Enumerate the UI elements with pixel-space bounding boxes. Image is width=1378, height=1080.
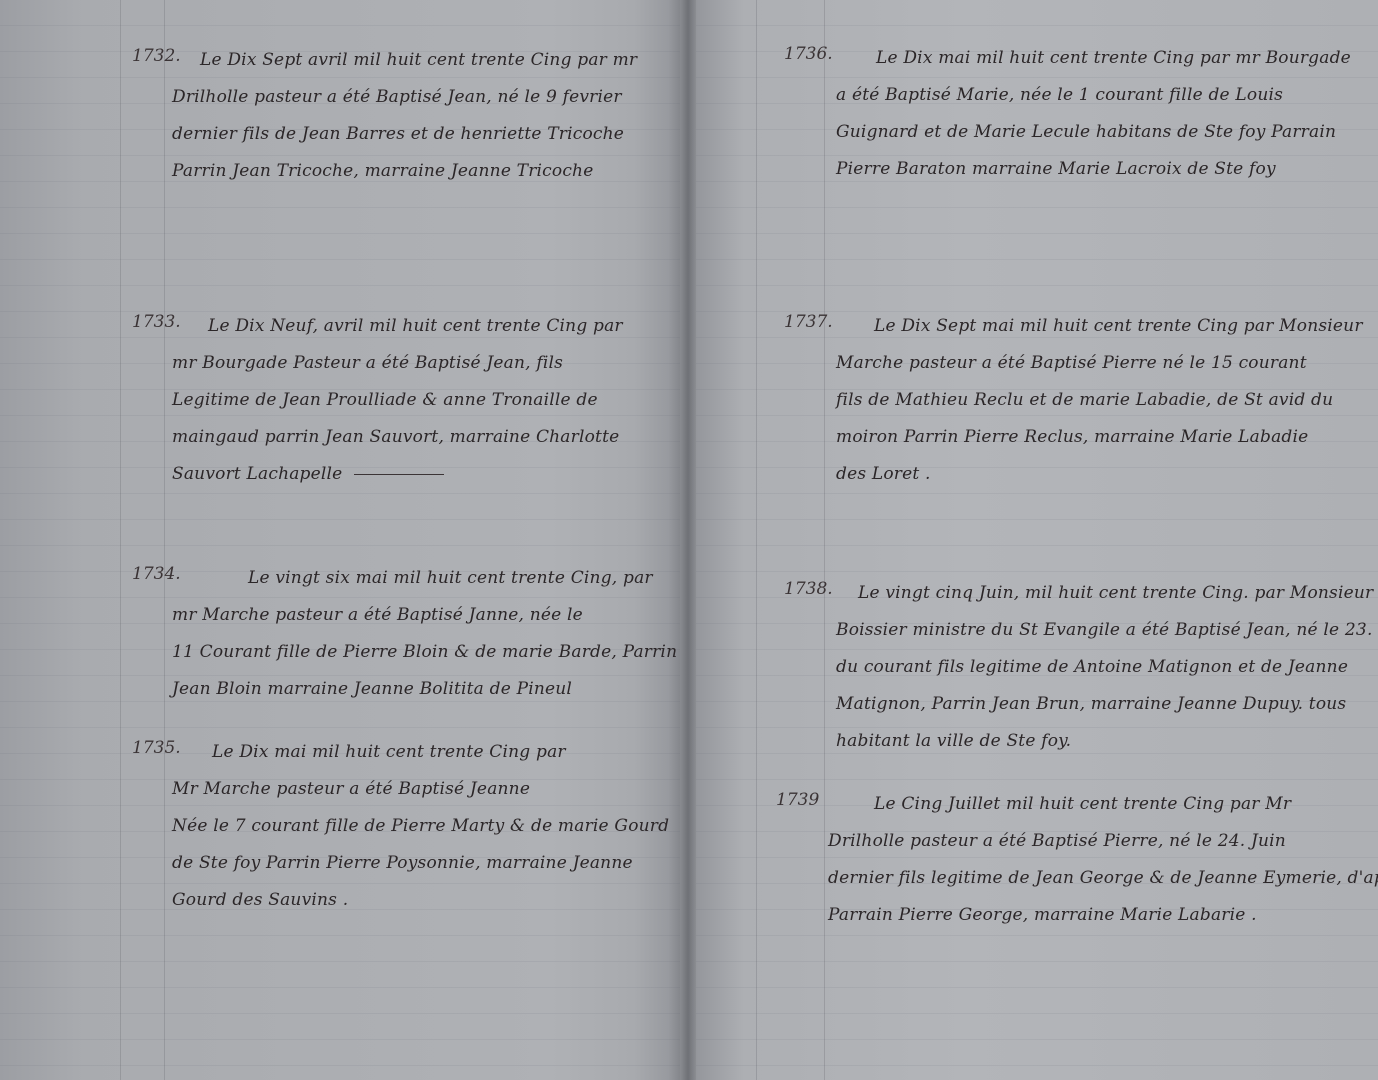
entry-line: Sauvort Lachapelle [172, 456, 623, 493]
entry-line-text: Sauvort Lachapelle [172, 464, 342, 484]
entry-line: fils de Mathieu Reclu et de marie Labadi… [836, 382, 1363, 419]
entry-line: Boissier ministre du St Evangile a été B… [836, 612, 1373, 649]
entry-line: dernier fils de Jean Barres et de henrie… [172, 116, 637, 153]
left-page: 1732. Le Dix Sept avril mil huit cent tr… [0, 0, 680, 1080]
entry-line: maingaud parrin Jean Sauvort, marraine C… [172, 419, 623, 456]
entry-line: mr Marche pasteur a été Baptisé Janne, n… [172, 597, 677, 634]
entry-line: Marche pasteur a été Baptisé Pierre né l… [836, 345, 1363, 382]
entry-text: Le Dix mai mil huit cent trente Cing par… [836, 40, 1351, 188]
book-gutter [680, 0, 696, 1080]
closing-dash [354, 474, 444, 475]
entry-text: Le Dix Sept mai mil huit cent trente Cin… [836, 308, 1363, 493]
margin-rule [120, 0, 121, 1080]
entry-line: Le Dix Sept mai mil huit cent trente Cin… [836, 308, 1363, 345]
entry-line: Le Dix Sept avril mil huit cent trente C… [172, 42, 637, 79]
entry-line: Mr Marche pasteur a été Baptisé Jeanne [172, 771, 669, 808]
margin-rule [164, 0, 165, 1080]
entry-line: de Ste foy Parrin Pierre Poysonnie, marr… [172, 845, 669, 882]
entry-line: moiron Parrin Pierre Reclus, marraine Ma… [836, 419, 1363, 456]
entry-line: mr Bourgade Pasteur a été Baptisé Jean, … [172, 345, 623, 382]
entry-line: Matignon, Parrin Jean Brun, marraine Jea… [836, 686, 1373, 723]
entry-line: Jean Bloin marraine Jeanne Bolitita de P… [172, 671, 677, 708]
entry-text: Le Dix Sept avril mil huit cent trente C… [172, 42, 637, 190]
right-page: 1736. Le Dix mai mil huit cent trente Ci… [696, 0, 1378, 1080]
entry-line: 11 Courant fille de Pierre Bloin & de ma… [172, 634, 677, 671]
entry-line: des Loret . [836, 456, 1363, 493]
entry-line: Drilholle pasteur a été Baptisé Pierre, … [828, 823, 1378, 860]
entry-text: Le Cing Juillet mil huit cent trente Cin… [828, 786, 1378, 934]
entry-line: Parrain Pierre George, marraine Marie La… [828, 897, 1378, 934]
entry-line: Le vingt cinq Juin, mil huit cent trente… [836, 575, 1373, 612]
entry-number: 1738. [784, 579, 833, 599]
entry-number: 1736. [784, 44, 833, 64]
entry-line: du courant fils legitime de Antoine Mati… [836, 649, 1373, 686]
entry-line: a été Baptisé Marie, née le 1 courant fi… [836, 77, 1351, 114]
entry-line: Le Dix mai mil huit cent trente Cing par [172, 734, 669, 771]
entry-number: 1739 [776, 790, 819, 810]
entry-line: Guignard et de Marie Lecule habitans de … [836, 114, 1351, 151]
entry-line: habitant la ville de Ste foy. [836, 723, 1373, 760]
entry-line: Gourd des Sauvins . [172, 882, 669, 919]
entry-line: Parrin Jean Tricoche, marraine Jeanne Tr… [172, 153, 637, 190]
register-spread: 1732. Le Dix Sept avril mil huit cent tr… [0, 0, 1378, 1080]
entry-line: Le vingt six mai mil huit cent trente Ci… [172, 560, 677, 597]
entry-number: 1737. [784, 312, 833, 332]
entry-line: dernier fils legitime de Jean George & d… [828, 860, 1378, 897]
entry-line: Le Dix Neuf, avril mil huit cent trente … [172, 308, 623, 345]
margin-rule [824, 0, 825, 1080]
entry-text: Le vingt six mai mil huit cent trente Ci… [172, 560, 677, 708]
entry-line: Legitime de Jean Proulliade & anne Trona… [172, 382, 623, 419]
entry-line: Le Cing Juillet mil huit cent trente Cin… [828, 786, 1378, 823]
entry-line: Drilholle pasteur a été Baptisé Jean, né… [172, 79, 637, 116]
entry-line: Le Dix mai mil huit cent trente Cing par… [836, 40, 1351, 77]
entry-line: Née le 7 courant fille de Pierre Marty &… [172, 808, 669, 845]
entry-text: Le Dix Neuf, avril mil huit cent trente … [172, 308, 623, 493]
margin-rule [756, 0, 757, 1080]
entry-text: Le Dix mai mil huit cent trente Cing par… [172, 734, 669, 919]
entry-text: Le vingt cinq Juin, mil huit cent trente… [836, 575, 1373, 760]
entry-line: Pierre Baraton marraine Marie Lacroix de… [836, 151, 1351, 188]
